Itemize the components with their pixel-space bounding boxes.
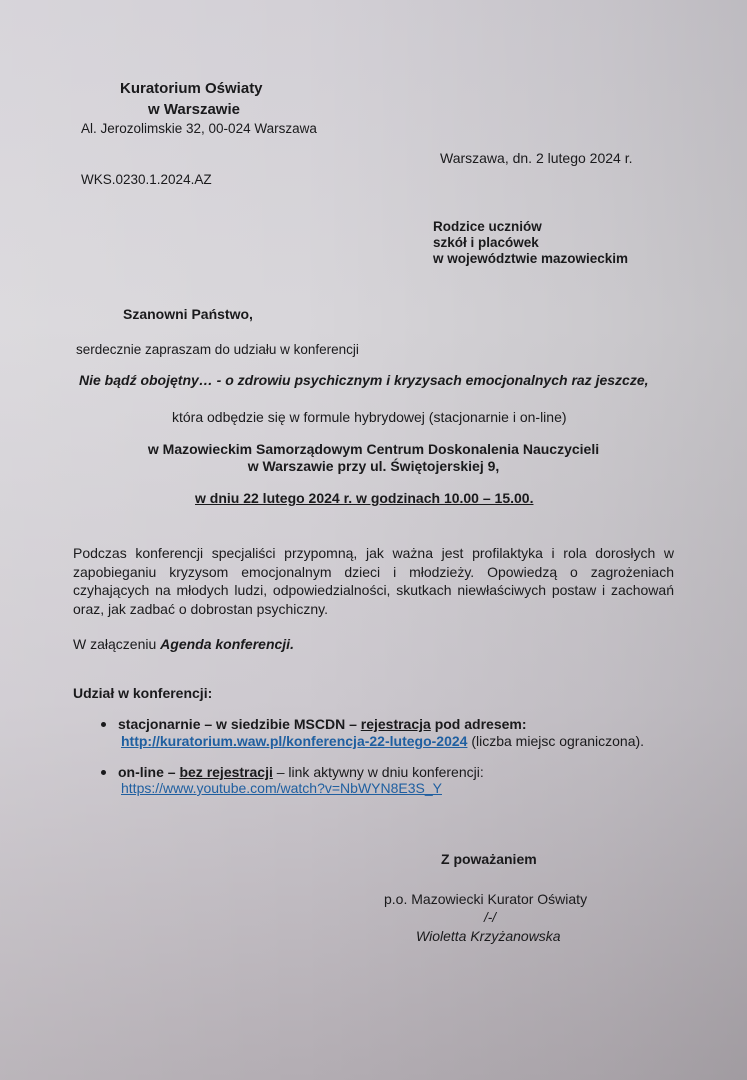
- reference-number: WKS.0230.1.2024.AZ: [81, 172, 212, 187]
- signed-mark: /-/: [484, 910, 496, 925]
- bullet-icon: [101, 770, 106, 775]
- youtube-link[interactable]: https://www.youtube.com/watch?v=NbWYN8E3…: [121, 780, 442, 796]
- closing: Z poważaniem: [441, 851, 537, 867]
- capacity-note: (liczba miejsc ograniczona).: [467, 733, 644, 749]
- list-item-link-line: http://kuratorium.waw.pl/konferencja-22-…: [121, 733, 644, 749]
- list-item-text: stacjonarnie – w siedzibie MSCDN – rejes…: [118, 716, 527, 732]
- recipient-line: w województwie mazowieckim: [433, 251, 628, 266]
- signatory-title: p.o. Mazowiecki Kurator Oświaty: [384, 891, 587, 907]
- institution-address: Al. Jerozolimskie 32, 00-024 Warszawa: [81, 121, 317, 136]
- conference-datetime: w dniu 22 lutego 2024 r. w godzinach 10.…: [195, 490, 533, 506]
- attachment-note: W załączeniu Agenda konferencji.: [73, 636, 294, 652]
- attachment-name: Agenda konferencji.: [160, 636, 294, 652]
- conference-description: Podczas konferencji specjaliści przypomn…: [73, 544, 674, 618]
- institution-name: Kuratorium Oświaty: [120, 80, 263, 97]
- participation-text: pod adresem:: [431, 716, 527, 732]
- participation-heading: Udział w konferencji:: [73, 685, 212, 701]
- institution-city: w Warszawie: [148, 101, 240, 118]
- participation-text: –: [164, 764, 180, 780]
- conference-format: która odbędzie się w formule hybrydowej …: [172, 409, 567, 425]
- place-date: Warszawa, dn. 2 lutego 2024 r.: [440, 150, 632, 166]
- recipient-line: Rodzice uczniów: [433, 219, 542, 234]
- conference-title: Nie bądź obojętny… - o zdrowiu psychiczn…: [79, 372, 649, 388]
- participation-text: – link aktywny w dniu konferencji:: [273, 764, 484, 780]
- registration-link[interactable]: http://kuratorium.waw.pl/konferencja-22-…: [121, 733, 467, 749]
- registration-label: rejestracja: [361, 716, 431, 732]
- list-item-link-line: https://www.youtube.com/watch?v=NbWYN8E3…: [121, 780, 442, 796]
- list-item-text: on-line – bez rejestracji – link aktywny…: [118, 764, 484, 780]
- participation-text: – w siedzibie MSCDN –: [200, 716, 360, 732]
- venue-line: w Warszawie przy ul. Świętojerskiej 9,: [0, 458, 747, 474]
- participation-mode: stacjonarnie: [118, 716, 200, 732]
- invite-text: serdecznie zapraszam do udziału w konfer…: [76, 342, 359, 357]
- venue-line: w Mazowieckim Samorządowym Centrum Dosko…: [0, 441, 747, 457]
- no-registration-label: bez rejestracji: [179, 764, 272, 780]
- recipient-line: szkół i placówek: [433, 235, 539, 250]
- bullet-icon: [101, 722, 106, 727]
- salutation: Szanowni Państwo,: [123, 306, 253, 322]
- signatory-name: Wioletta Krzyżanowska: [416, 928, 561, 944]
- attachment-prefix: W załączeniu: [73, 636, 160, 652]
- participation-mode: on-line: [118, 764, 164, 780]
